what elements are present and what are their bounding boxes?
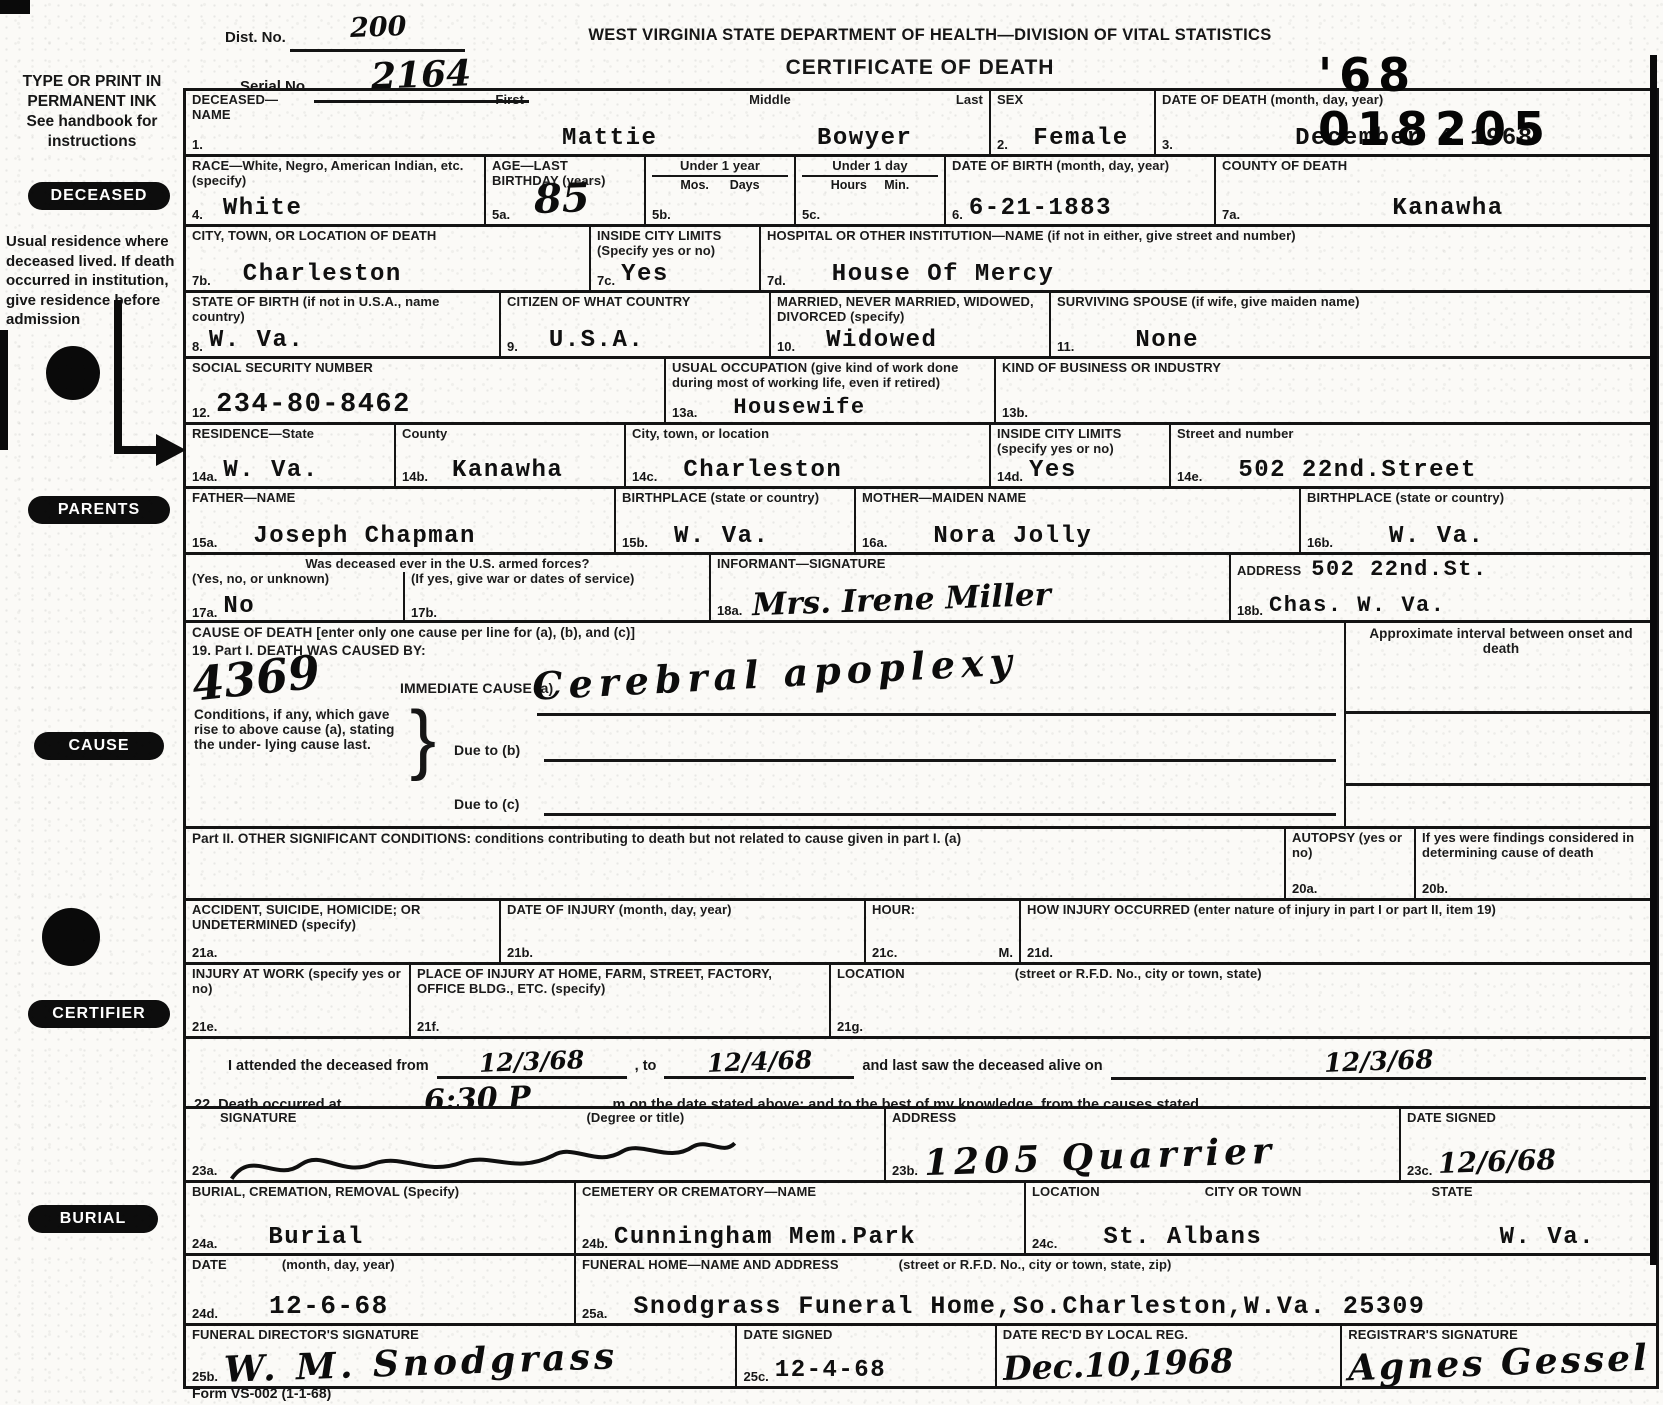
director-signature-value: W. M. Snodgrass	[223, 1335, 618, 1391]
findings-entry: 20b.	[1422, 870, 1650, 896]
funeral-home-labels: FUNERAL HOME—NAME AND ADDRESS (street or…	[582, 1258, 1650, 1273]
injury-location-entry: 21g.	[837, 1008, 1650, 1034]
autopsy-label: AUTOPSY (yes or no)	[1292, 831, 1408, 860]
mother-num: 16a.	[862, 535, 887, 550]
field-certifier-signature: SIGNATURE (Degree or title) 23a.	[186, 1109, 886, 1180]
under-1-day-entry: 5c.	[802, 196, 938, 222]
director-signature-num: 25b.	[192, 1369, 218, 1384]
field-ssn: SOCIAL SECURITY NUMBER 12. 234-80-8462	[186, 359, 666, 422]
margin-dot-1	[46, 346, 100, 400]
scan-edge-right	[1650, 55, 1657, 1265]
deceased-name-entry: 1. Mattie Bowyer	[192, 126, 983, 152]
field-mother-name: MOTHER—MAIDEN NAME 16a. Nora Jolly	[856, 489, 1301, 552]
date-received-entry: Dec.10,1968	[1003, 1345, 1335, 1384]
funeral-home-entry: 25a. Snodgrass Funeral Home,So.Charlesto…	[582, 1292, 1650, 1321]
occurred-text-1: 22. Death occurred at	[194, 1097, 341, 1106]
injury-date-label: DATE OF INJURY (month, day, year)	[507, 903, 858, 918]
spouse-value: None	[1135, 327, 1199, 354]
state-of-birth-value: W. Va.	[209, 327, 304, 354]
armed-forces-subcells: (Yes, no, or unknown) 17a. No (If yes, g…	[186, 572, 709, 620]
mother-birthplace-num: 16b.	[1307, 535, 1333, 550]
under-1-day-sub: Hours Min.	[802, 175, 938, 192]
informant-address-value1: 502 22nd.St.	[1311, 557, 1487, 582]
funeral-home-value: Snodgrass Funeral Home,So.Charleston,W.V…	[633, 1292, 1425, 1321]
occupation-value: Housewife	[733, 395, 865, 420]
father-num: 15a.	[192, 535, 217, 550]
field-funeral-home: FUNERAL HOME—NAME AND ADDRESS (street or…	[576, 1256, 1656, 1323]
section-label-parents: PARENTS	[28, 496, 170, 524]
field-registrar-signature: REGISTRAR'S SIGNATURE Agnes Gessel	[1342, 1326, 1656, 1386]
sex-value: Female	[1033, 125, 1128, 152]
attended-to-blank: 12/4/68	[664, 1047, 854, 1079]
section-label-cause: CAUSE	[34, 732, 164, 760]
occupation-label: USUAL OCCUPATION (give kind of work done…	[672, 361, 988, 390]
sex-label: SEX	[997, 93, 1148, 108]
injury-location-label: LOCATION	[837, 967, 905, 982]
certifier-date-signed-value: 12/6/68	[1438, 1143, 1557, 1180]
mother-entry: 16a. Nora Jolly	[862, 523, 1293, 550]
burial-date-labels: DATE (month, day, year)	[192, 1258, 568, 1273]
mother-birthplace-entry: 16b. W. Va.	[1307, 523, 1650, 550]
cause-conditions-note: Conditions, if any, which gave rise to a…	[194, 707, 409, 752]
residence-limits-value: Yes	[1029, 457, 1077, 484]
date-received-label: DATE REC'D BY LOCAL REG.	[1003, 1328, 1335, 1343]
section-label-burial: BURIAL	[28, 1205, 158, 1233]
informant-address-line1: ADDRESS 502 22nd.St.	[1237, 557, 1650, 582]
row-funeral-home: DATE (month, day, year) 24d. 12-6-68 FUN…	[186, 1256, 1656, 1326]
serial-no-blank: 2164	[314, 58, 529, 103]
father-label: FATHER—NAME	[192, 491, 608, 506]
row-cause: CAUSE OF DEATH [enter only one cause per…	[186, 623, 1656, 829]
field-informant-signature: INFORMANT—SIGNATURE 18a. Mrs. Irene Mill…	[711, 555, 1231, 620]
findings-label: If yes were findings considered in deter…	[1422, 831, 1650, 860]
burial-state-label: STATE	[1432, 1185, 1473, 1200]
field-occupation: USUAL OCCUPATION (give kind of work done…	[666, 359, 996, 422]
director-date-signed-value: 12-4-68	[775, 1357, 886, 1384]
residence-street-label: Street and number	[1177, 427, 1650, 442]
field-cemetery: CEMETERY OR CREMATORY—NAME 24b. Cunningh…	[576, 1183, 1026, 1253]
armed-forces-num: 17a.	[192, 605, 217, 620]
due-to-b-label: Due to (b)	[454, 743, 520, 759]
burial-date-entry: 24d. 12-6-68	[192, 1291, 568, 1321]
citizen-num: 9.	[507, 339, 518, 354]
county-of-death-value: Kanawha	[1392, 195, 1503, 222]
city-of-death-label: CITY, TOWN, OR LOCATION OF DEATH	[192, 229, 583, 244]
field-residence-county: County 14b. Kanawha	[396, 425, 626, 486]
funeral-home-label: FUNERAL HOME—NAME AND ADDRESS	[582, 1258, 839, 1273]
section-label-deceased: DECEASED	[28, 182, 170, 210]
date-of-birth-entry: 6. 6-21-1883	[952, 195, 1208, 222]
age-entry: 5a. 85	[492, 188, 638, 222]
degree-title-label: (Degree or title)	[587, 1111, 685, 1126]
injury-at-work-num: 21e.	[192, 1019, 217, 1034]
autopsy-entry: 20a.	[1292, 870, 1408, 896]
field-injury-location: LOCATION (street or R.F.D. No., city or …	[831, 965, 1656, 1036]
field-residence-state: RESIDENCE—State 14a. W. Va.	[186, 425, 396, 486]
cause-main: CAUSE OF DEATH [enter only one cause per…	[186, 623, 1346, 826]
date-received-value: Dec.10,1968	[1002, 1341, 1234, 1388]
dist-no-blank: 200	[290, 18, 465, 52]
under-1-year-entry: 5b.	[652, 196, 788, 222]
father-birthplace-entry: 15b. W. Va.	[622, 523, 848, 550]
ssn-label: SOCIAL SECURITY NUMBER	[192, 361, 658, 376]
informant-label: INFORMANT—SIGNATURE	[717, 557, 1223, 572]
inside-city-limits-value: Yes	[621, 261, 669, 288]
field-marital-status: MARRIED, NEVER MARRIED, WIDOWED, DIVORCE…	[771, 293, 1051, 356]
field-inside-city-limits: INSIDE CITY LIMITS (Specify yes or no) 7…	[591, 227, 761, 290]
field-under-1-year: Under 1 year Mos. Days 5b.	[646, 157, 796, 224]
certifier-address-entry: 23b. 1205 Quarrier	[892, 1136, 1393, 1178]
residence-county-label: County	[402, 427, 618, 442]
dist-no-label: Dist. No.	[225, 29, 286, 46]
cemetery-entry: 24b. Cunningham Mem.Park	[582, 1224, 1018, 1251]
field-under-1-day: Under 1 day Hours Min. 5c.	[796, 157, 946, 224]
injury-hour-m-label: M.	[999, 945, 1013, 960]
form-number: Form VS-002 (1-1-68)	[192, 1385, 331, 1401]
autopsy-num: 20a.	[1292, 881, 1317, 896]
dist-no-line: Dist. No. 200	[225, 18, 465, 52]
burial-city-value: St. Albans	[1103, 1224, 1262, 1251]
residence-city-value: Charleston	[683, 457, 842, 484]
date-of-death-num: 3.	[1162, 137, 1173, 152]
attended-text-3: and last saw the deceased alive on	[862, 1058, 1102, 1074]
hospital-num: 7d.	[767, 273, 786, 288]
sex-num: 2.	[997, 137, 1008, 152]
field-informant-address: ADDRESS 502 22nd.St. 18b. Chas. W. Va.	[1231, 555, 1656, 620]
inside-city-limits-label: INSIDE CITY LIMITS (Specify yes or no)	[597, 229, 753, 258]
citizen-entry: 9. U.S.A.	[507, 327, 763, 354]
mother-birthplace-label: BIRTHPLACE (state or country)	[1307, 491, 1650, 506]
under-1-year-num: 5b.	[652, 207, 671, 222]
middle-label: Middle	[749, 93, 791, 122]
attended-line: I attended the deceased from 12/3/68 , t…	[192, 1041, 1650, 1080]
mother-value: Nora Jolly	[933, 523, 1092, 550]
row-armed-informant: Was deceased ever in the U.S. armed forc…	[186, 555, 1656, 623]
injury-at-work-entry: 21e.	[192, 1008, 403, 1034]
certifier-signature-num: 23a.	[192, 1163, 217, 1178]
field-citizen: CITIZEN OF WHAT COUNTRY 9. U.S.A.	[501, 293, 771, 356]
field-mother-birthplace: BIRTHPLACE (state or country) 16b. W. Va…	[1301, 489, 1656, 552]
due-to-c-line	[544, 787, 1336, 816]
certifier-date-signed-label: DATE SIGNED	[1407, 1111, 1650, 1126]
residence-state-value: W. Va.	[223, 457, 318, 484]
how-injury-entry: 21d.	[1027, 934, 1650, 960]
field-burial-type: BURIAL, CREMATION, REMOVAL (Specify) 24a…	[186, 1183, 576, 1253]
residence-city-num: 14c.	[632, 469, 657, 484]
county-of-death-label: COUNTY OF DEATH	[1222, 159, 1650, 174]
field-age: AGE—LAST BIRTHDAY (years) 5a. 85	[486, 157, 646, 224]
race-label: RACE—White, Negro, American Indian, etc.…	[192, 159, 478, 188]
under-1-day-label: Under 1 day	[802, 159, 938, 174]
field-war-dates: (If yes, give war or dates of service) 1…	[403, 572, 709, 620]
first-name-value: Mattie	[562, 125, 657, 152]
county-of-death-entry: 7a. Kanawha	[1222, 195, 1650, 222]
residence-street-entry: 14e. 502 22nd.Street	[1177, 457, 1650, 484]
field-surviving-spouse: SURVIVING SPOUSE (if wife, give maiden n…	[1051, 293, 1656, 356]
mother-label: MOTHER—MAIDEN NAME	[862, 491, 1293, 506]
residence-state-entry: 14a. W. Va.	[192, 457, 388, 484]
city-of-death-num: 7b.	[192, 273, 211, 288]
cemetery-value: Cunningham Mem.Park	[614, 1224, 916, 1251]
row-attended: I attended the deceased from 12/3/68 , t…	[186, 1039, 1656, 1109]
hospital-entry: 7d. House Of Mercy	[767, 261, 1650, 288]
accident-label: ACCIDENT, SUICIDE, HOMICIDE; OR UNDETERM…	[192, 903, 493, 932]
race-entry: 4. White	[192, 195, 478, 222]
father-entry: 15a. Joseph Chapman	[192, 523, 608, 550]
row-ssn-occupation: SOCIAL SECURITY NUMBER 12. 234-80-8462 U…	[186, 359, 1656, 425]
ssn-num: 12.	[192, 405, 210, 420]
certifier-signature-labels: SIGNATURE (Degree or title)	[192, 1111, 878, 1126]
director-signature-entry: 25b. W. M. Snodgrass	[192, 1343, 729, 1384]
mother-birthplace-value: W. Va.	[1389, 523, 1484, 550]
informant-address-label: ADDRESS	[1237, 564, 1301, 579]
field-place-of-injury: PLACE OF INJURY AT HOME, FARM, STREET, F…	[411, 965, 831, 1036]
under-1-year-label: Under 1 year	[652, 159, 788, 174]
residence-street-value: 502 22nd.Street	[1238, 457, 1477, 484]
informant-address-line2: 18b. Chas. W. Va.	[1237, 593, 1650, 618]
registrar-signature-entry: Agnes Gessel	[1348, 1343, 1650, 1384]
interval-line-1	[1346, 711, 1656, 714]
certificate-number-stamp: '68 018205	[1318, 48, 1663, 156]
burial-location-labels: LOCATION CITY OR TOWN STATE	[1032, 1185, 1650, 1200]
scan-mark-topleft	[0, 0, 30, 14]
spouse-entry: 11. None	[1057, 327, 1650, 354]
occurred-line: 22. Death occurred at 6:30 P m on the da…	[192, 1080, 1650, 1106]
deceased-name-num: 1.	[192, 137, 203, 152]
field-industry: KIND OF BUSINESS OR INDUSTRY 13b.	[996, 359, 1656, 422]
burial-date-num: 24d.	[192, 1306, 218, 1321]
war-dates-num: 17b.	[411, 605, 437, 620]
burial-type-num: 24a.	[192, 1236, 217, 1251]
interval-label: Approximate interval between onset and d…	[1346, 623, 1656, 656]
director-date-signed-label: DATE SIGNED	[743, 1328, 988, 1343]
under-1-day-num: 5c.	[802, 207, 820, 222]
residence-limits-num: 14d.	[997, 469, 1023, 484]
state-of-birth-label: STATE OF BIRTH (if not in U.S.A., name c…	[192, 295, 493, 324]
burial-location-label: LOCATION	[1032, 1185, 1100, 1200]
certifier-address-num: 23b.	[892, 1163, 918, 1178]
row-bottom-signatures: FUNERAL DIRECTOR'S SIGNATURE 25b. W. M. …	[186, 1326, 1656, 1386]
state-of-birth-entry: 8. W. Va.	[192, 327, 493, 354]
part2-label: Part II. OTHER SIGNIFICANT CONDITIONS: c…	[192, 831, 1278, 846]
occurred-time-blank: 6:30 P	[349, 1082, 604, 1106]
dist-no-value: 200	[349, 11, 406, 44]
field-autopsy-findings: If yes were findings considered in deter…	[1416, 829, 1656, 898]
certificate-title: CERTIFICATE OF DEATH	[640, 56, 1200, 80]
age-value: 85	[533, 174, 590, 223]
residence-county-entry: 14b. Kanawha	[402, 457, 618, 484]
funeral-home-num: 25a.	[582, 1306, 607, 1321]
burial-type-label: BURIAL, CREMATION, REMOVAL (Specify)	[192, 1185, 568, 1200]
armed-forces-value: No	[223, 593, 255, 620]
field-father-name: FATHER—NAME 15a. Joseph Chapman	[186, 489, 616, 552]
field-director-date-signed: DATE SIGNED 25c. 12-4-68	[737, 1326, 996, 1386]
accident-entry: 21a.	[192, 934, 493, 960]
informant-entry: 18a. Mrs. Irene Miller	[717, 582, 1223, 618]
certifier-address-label: ADDRESS	[892, 1111, 1393, 1126]
last-label: Last	[956, 93, 983, 122]
department-title: WEST VIRGINIA STATE DEPARTMENT OF HEALTH…	[500, 26, 1360, 45]
ssn-entry: 12. 234-80-8462	[192, 390, 658, 420]
field-how-injury: HOW INJURY OCCURRED (enter nature of inj…	[1021, 901, 1656, 962]
residence-state-num: 14a.	[192, 469, 217, 484]
certifier-date-signed-entry: 23c. 12/6/68	[1407, 1145, 1650, 1178]
burial-date-sub: (month, day, year)	[282, 1258, 395, 1273]
row-burial: BURIAL, CREMATION, REMOVAL (Specify) 24a…	[186, 1183, 1656, 1256]
armed-forces-header: Was deceased ever in the U.S. armed forc…	[186, 555, 709, 572]
hospital-value: House Of Mercy	[832, 261, 1055, 288]
cause-interval-column: Approximate interval between onset and d…	[1346, 623, 1656, 826]
date-of-birth-label: DATE OF BIRTH (month, day, year)	[952, 159, 1208, 174]
field-state-of-birth: STATE OF BIRTH (if not in U.S.A., name c…	[186, 293, 501, 356]
certifier-date-signed-num: 23c.	[1407, 1163, 1432, 1178]
attended-from-blank: 12/3/68	[437, 1047, 627, 1079]
field-date-of-birth: DATE OF BIRTH (month, day, year) 6. 6-21…	[946, 157, 1216, 224]
informant-num: 18a.	[717, 603, 742, 618]
marital-entry: 10. Widowed	[777, 327, 1043, 354]
residence-limits-entry: 14d. Yes	[997, 457, 1163, 484]
field-certifier-address: ADDRESS 23b. 1205 Quarrier	[886, 1109, 1401, 1180]
due-to-c-label: Due to (c)	[454, 797, 520, 813]
city-of-death-value: Charleston	[243, 261, 402, 288]
how-injury-label: HOW INJURY OCCURRED (enter nature of inj…	[1027, 903, 1650, 918]
certifier-signature-scribble	[223, 1125, 744, 1180]
ssn-value: 234-80-8462	[216, 390, 411, 420]
row-parents: FATHER—NAME 15a. Joseph Chapman BIRTHPLA…	[186, 489, 1656, 555]
place-of-injury-entry: 21f.	[417, 1008, 823, 1034]
scan-mark-left	[0, 330, 8, 450]
how-injury-num: 21d.	[1027, 945, 1053, 960]
marital-num: 10.	[777, 339, 795, 354]
citizen-value: U.S.A.	[549, 327, 644, 354]
father-value: Joseph Chapman	[253, 523, 476, 550]
injury-date-num: 21b.	[507, 945, 533, 960]
cause-brace: }	[410, 699, 436, 777]
field-county-of-death: COUNTY OF DEATH 7a. Kanawha	[1216, 157, 1656, 224]
informant-signature-value: Mrs. Irene Miller	[752, 577, 1052, 620]
race-num: 4.	[192, 207, 203, 222]
field-attended-statement: I attended the deceased from 12/3/68 , t…	[186, 1039, 1656, 1106]
burial-location-entry: 24c. St. Albans W. Va.	[1032, 1224, 1650, 1251]
field-burial-location: LOCATION CITY OR TOWN STATE 24c. St. Alb…	[1026, 1183, 1656, 1253]
attended-text-1: I attended the deceased from	[228, 1058, 429, 1074]
accident-num: 21a.	[192, 945, 217, 960]
field-sex: SEX 2. Female	[991, 91, 1156, 154]
field-hospital: HOSPITAL OR OTHER INSTITUTION—NAME (if n…	[761, 227, 1656, 290]
row-race-age: RACE—White, Negro, American Indian, etc.…	[186, 157, 1656, 227]
burial-type-entry: 24a. Burial	[192, 1224, 568, 1251]
field-director-signature: FUNERAL DIRECTOR'S SIGNATURE 25b. W. M. …	[186, 1326, 737, 1386]
occurred-time-value: 6:30 P	[423, 1080, 531, 1106]
father-birthplace-value: W. Va.	[674, 523, 769, 550]
field-residence-city: City, town, or location 14c. Charleston	[626, 425, 991, 486]
instructions-line2: See handbook for instructions	[6, 112, 178, 152]
residence-street-num: 14e.	[1177, 469, 1202, 484]
burial-location-num: 24c.	[1032, 1236, 1057, 1251]
field-date-received: DATE REC'D BY LOCAL REG. Dec.10,1968	[997, 1326, 1343, 1386]
certifier-signature-entry: 23a.	[192, 1134, 878, 1178]
cause-header: CAUSE OF DEATH [enter only one cause per…	[192, 625, 1344, 640]
residence-county-value: Kanawha	[452, 457, 563, 484]
margin-dot-2	[42, 908, 100, 966]
injury-hour-entry: 21c. M.	[872, 934, 1013, 960]
field-residence-street: Street and number 14e. 502 22nd.Street	[1171, 425, 1656, 486]
informant-address-value2: Chas. W. Va.	[1269, 593, 1445, 618]
serial-no-value: 2164	[370, 52, 472, 97]
state-of-birth-num: 8.	[192, 339, 203, 354]
margin-instructions: TYPE OR PRINT IN PERMANENT INK See handb…	[6, 72, 178, 153]
residence-state-label: RESIDENCE—State	[192, 427, 388, 442]
injury-hour-num: 21c.	[872, 945, 897, 960]
armed-forces-label: (Yes, no, or unknown)	[192, 572, 397, 587]
attended-alive-blank: 12/3/68	[1111, 1047, 1646, 1080]
injury-hour-label: HOUR:	[872, 903, 1013, 918]
race-value: White	[223, 195, 303, 222]
burial-type-value: Burial	[268, 1224, 363, 1251]
part2-entry	[192, 870, 1278, 896]
armed-forces-entry: 17a. No	[192, 593, 397, 620]
residence-city-label: City, town, or location	[632, 427, 983, 442]
hospital-label: HOSPITAL OR OTHER INSTITUTION—NAME (if n…	[767, 229, 1650, 244]
attended-text-2: , to	[635, 1058, 657, 1074]
residence-arrow	[100, 300, 190, 475]
row-accident: ACCIDENT, SUICIDE, HOMICIDE; OR UNDETERM…	[186, 901, 1656, 965]
burial-state-value: W. Va.	[1500, 1224, 1595, 1251]
attended-to-value: 12/4/68	[706, 1045, 812, 1078]
inside-city-limits-entry: 7c. Yes	[597, 261, 753, 288]
marital-value: Widowed	[826, 327, 937, 354]
inside-city-limits-num: 7c.	[597, 273, 615, 288]
injury-location-labels: LOCATION (street or R.F.D. No., city or …	[837, 967, 1650, 982]
residence-city-entry: 14c. Charleston	[632, 457, 983, 484]
row-city-death: CITY, TOWN, OR LOCATION OF DEATH 7b. Cha…	[186, 227, 1656, 293]
field-armed-forces-group: Was deceased ever in the U.S. armed forc…	[186, 555, 711, 620]
spouse-num: 11.	[1057, 339, 1074, 354]
citizen-label: CITIZEN OF WHAT COUNTRY	[507, 295, 763, 310]
injury-location-sub: (street or R.F.D. No., city or town, sta…	[1015, 967, 1262, 982]
occupation-entry: 13a. Housewife	[672, 395, 988, 420]
instructions-line1: TYPE OR PRINT IN PERMANENT INK	[6, 72, 178, 112]
burial-city-label: CITY OR TOWN	[1205, 1185, 1302, 1200]
attended-from-value: 12/3/68	[479, 1045, 585, 1078]
interval-line-2	[1346, 783, 1656, 786]
industry-label: KIND OF BUSINESS OR INDUSTRY	[1002, 361, 1650, 376]
row-part2: Part II. OTHER SIGNIFICANT CONDITIONS: c…	[186, 829, 1656, 901]
field-injury-hour: HOUR: 21c. M.	[866, 901, 1021, 962]
father-birthplace-label: BIRTHPLACE (state or country)	[622, 491, 848, 506]
sex-entry: 2. Female	[997, 125, 1148, 152]
field-injury-at-work: INJURY AT WORK (specify yes or no) 21e.	[186, 965, 411, 1036]
spouse-label: SURVIVING SPOUSE (if wife, give maiden n…	[1057, 295, 1650, 310]
serial-no-line: Serial No. 2164	[240, 58, 529, 103]
industry-num: 13b.	[1002, 405, 1028, 420]
injury-date-entry: 21b.	[507, 934, 858, 960]
burial-date-label: DATE	[192, 1258, 227, 1273]
row-injury-location: INJURY AT WORK (specify yes or no) 21e. …	[186, 965, 1656, 1039]
place-of-injury-num: 21f.	[417, 1019, 439, 1034]
under-1-year-sub: Mos. Days	[652, 175, 788, 192]
father-birthplace-num: 15b.	[622, 535, 648, 550]
certifier-signature-label: SIGNATURE	[220, 1111, 297, 1126]
cemetery-num: 24b.	[582, 1236, 608, 1251]
attended-alive-value: 12/3/68	[1323, 1045, 1433, 1079]
city-of-death-entry: 7b. Charleston	[192, 261, 583, 288]
row-certifier-signature: SIGNATURE (Degree or title) 23a. ADDRESS…	[186, 1109, 1656, 1183]
field-autopsy: AUTOPSY (yes or no) 20a.	[1286, 829, 1416, 898]
date-of-birth-value: 6-21-1883	[969, 195, 1112, 222]
industry-entry: 13b.	[1002, 394, 1650, 420]
field-residence-limits: INSIDE CITY LIMITS (specify yes or no) 1…	[991, 425, 1171, 486]
